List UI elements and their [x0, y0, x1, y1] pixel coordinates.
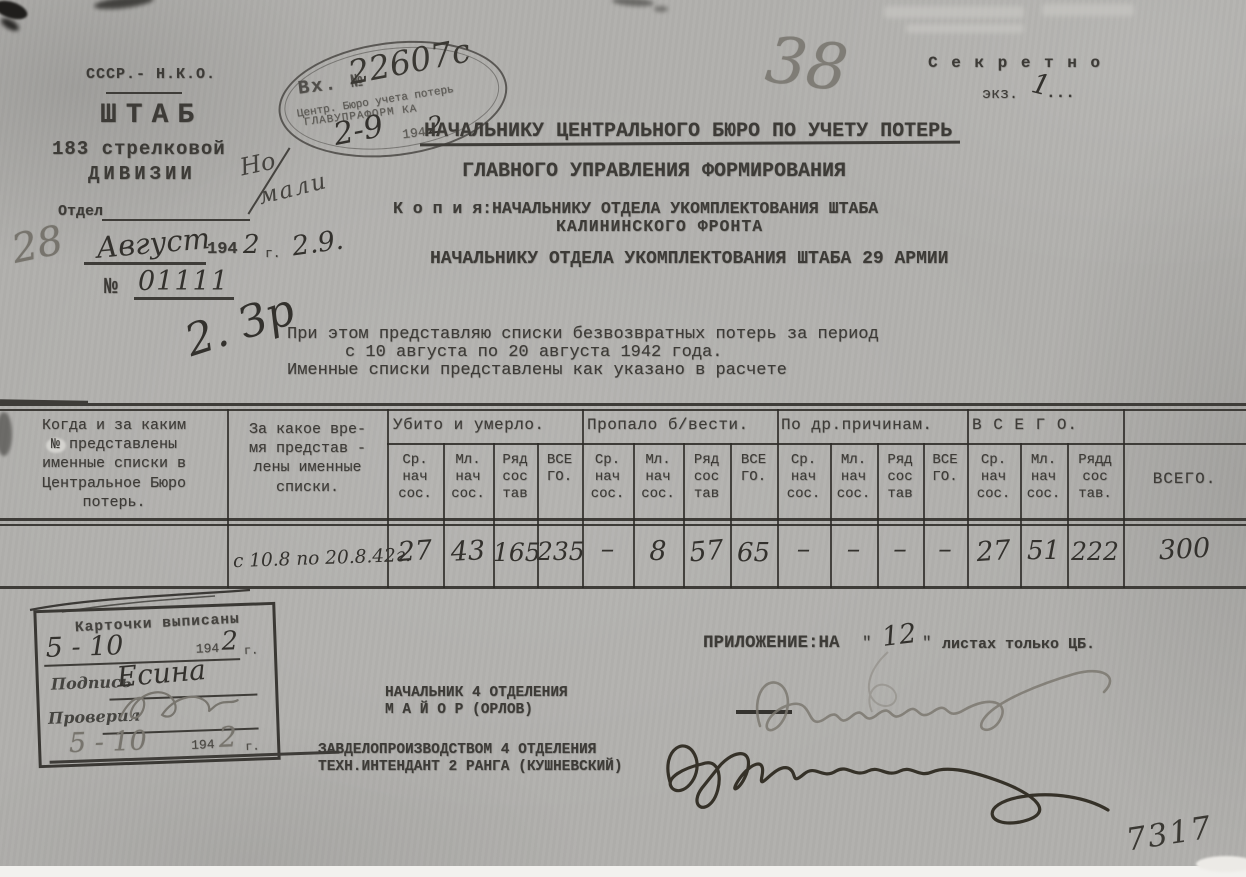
- otdel-label: Отдел: [58, 203, 103, 220]
- row-value: –: [923, 534, 967, 565]
- clerk-title-line1: ЗАВДЕЛОПРОИЗВОДСТВОМ 4 ОТДЕЛЕНИЯ: [318, 742, 596, 758]
- incoming-stamp: Вх. № 22607с Центр. Бюро учета потерь ГЛ…: [272, 28, 516, 171]
- cards-year2-suffix: г.: [245, 739, 260, 753]
- year-suffix: г.: [265, 246, 281, 261]
- subcol-junior: Мл. нач сос.: [1020, 452, 1067, 503]
- row-value: 235: [537, 537, 582, 566]
- address-to-line2: ГЛАВНОГО УПРАВЛЕНИЯ ФОРМИРОВАНИЯ: [462, 160, 846, 183]
- copy-dots: ...: [1046, 84, 1075, 102]
- clerk-title-line2: ТЕХН.ИНТЕНДАНТ 2 РАНГА (КУШНЕВСКИЙ): [318, 759, 623, 775]
- scan-edge-strip: [0, 866, 1246, 877]
- otdel-line: [102, 219, 250, 221]
- body-line3: Именные списки представлены как указано …: [287, 361, 787, 380]
- subcol-rank: Ряд сос тав: [493, 452, 537, 503]
- row-value: –: [830, 534, 877, 565]
- group-header-killed: Убито и умерло.: [393, 416, 545, 434]
- row-value: 65: [730, 538, 777, 568]
- address-copy-line1: К о п и я:НАЧАЛЬНИКУ ОТДЕЛА УКОМПЛЕКТОВА…: [393, 199, 878, 218]
- subcol-sum: ВСЕ ГО.: [730, 452, 777, 486]
- stamp-year-printed: 194: [401, 124, 426, 142]
- kushnevsky-signature: [640, 718, 1130, 838]
- subcol-senior: Ср. нач сос.: [582, 452, 633, 503]
- cards-issued-stamp: Карточки выписаны 5 - 10 194 2 г. Подпис…: [33, 602, 280, 768]
- cards-year1-suffix: г.: [244, 643, 259, 657]
- group-header-total: В С Е Г О.: [972, 416, 1078, 434]
- row-value: 27: [966, 534, 1021, 569]
- address-copy-line2: КАЛИНИНСКОГО ФРОНТА: [556, 217, 763, 236]
- subcol-sum: ВСЕ ГО.: [923, 452, 967, 486]
- edge-smudge: [94, 0, 155, 12]
- table-top-rule-1: [0, 403, 1246, 406]
- cards-year2-digit: 2: [218, 720, 237, 754]
- subcol-sum: ВСЕ ГО.: [537, 452, 582, 486]
- archive-number: 7317: [1124, 809, 1215, 858]
- cards-date1: 5 - 10: [45, 630, 124, 664]
- table-header-rule-1: [0, 518, 1246, 521]
- row-value: –: [777, 534, 830, 565]
- chief-title-line2: М А Й О Р (ОРЛОВ): [385, 702, 533, 718]
- number-line: [134, 297, 234, 300]
- row-value: –: [582, 534, 633, 565]
- cards-date2: 5 - 10: [68, 725, 147, 759]
- row-value-grand-total: 300: [1122, 531, 1246, 568]
- row-value: 43: [442, 535, 494, 569]
- subcol-junior: Мл. нач сос.: [443, 452, 493, 503]
- col-header-when: Когда и за каким № представлены именные …: [4, 416, 224, 512]
- edge-smudge: [654, 6, 668, 12]
- table-top-rule-2: [0, 409, 1246, 411]
- row-value: 51: [1020, 536, 1067, 566]
- row-period: с 10.8 по 20.8.42г.: [233, 545, 412, 572]
- subcol-rank: Ряд сос тав: [877, 452, 923, 503]
- bleed-through-mark: [884, 6, 1024, 18]
- handwritten-year-digit: 2: [243, 230, 260, 260]
- edge-smudge: [612, 0, 654, 7]
- letterhead-rule: [106, 92, 182, 94]
- table-vline: [227, 409, 229, 588]
- table-header-rule-2: [0, 524, 1246, 526]
- row-value: 57: [682, 534, 732, 569]
- handwritten-page-number: 38: [762, 23, 852, 106]
- body-line2: с 10 августа по 20 августа 1942 года.: [345, 343, 722, 362]
- address-to-line3: НАЧАЛЬНИКУ ОТДЕЛА УКОМПЛЕКТОВАНИЯ ШТАБА …: [430, 249, 948, 269]
- letterhead-division-1: 183 стрелковой: [52, 138, 226, 160]
- address-to-line1: НАЧАЛЬНИКУ ЦЕНТРАЛЬНОГО БЮРО ПО УЧЕТУ ПО…: [424, 120, 952, 143]
- col-header-grand-total: ВСЕГО.: [1123, 470, 1246, 488]
- subcol-junior: Мл. нач сос.: [633, 452, 683, 503]
- handwritten-month: Август: [95, 221, 212, 265]
- letterhead-staff: ШТАБ: [100, 100, 203, 131]
- date-line: [84, 262, 206, 265]
- bleed-through-mark: [906, 24, 1024, 33]
- body-line1: При этом представляю списки безвозвратны…: [287, 325, 879, 344]
- subcol-rank: Ряд сос тав: [683, 452, 730, 503]
- row-value: 8: [633, 536, 683, 567]
- row-value: –: [877, 534, 923, 565]
- number-label: №: [104, 274, 118, 300]
- subcol-senior: Ср. нач сос.: [967, 452, 1020, 503]
- row-value: 222: [1067, 537, 1123, 566]
- year-printed: 194: [207, 240, 238, 259]
- row-value: 165: [493, 538, 537, 567]
- subcol-senior: Ср. нач сос.: [777, 452, 830, 503]
- chief-title-line1: НАЧАЛЬНИК 4 ОТДЕЛЕНИЯ: [385, 685, 568, 701]
- cards-year2-printed: 194: [191, 737, 215, 753]
- handwritten-doc-number: 01111: [138, 266, 229, 297]
- subcol-senior: Ср. нач сос.: [387, 452, 443, 503]
- table-group-rule: [387, 443, 1246, 445]
- handwritten-margin-date: 2.9.: [290, 225, 345, 263]
- group-header-other: По др.причинам.: [781, 416, 933, 434]
- cards-year1-digit: 2: [221, 626, 239, 657]
- copy-label: экз.: [982, 86, 1018, 103]
- group-header-missing: Пропало б/вести.: [587, 416, 749, 434]
- secrecy-label: С е к р е т н о: [928, 54, 1102, 72]
- letterhead-org: СССР.- Н.К.О.: [86, 66, 216, 83]
- col-header-period: За какое вре- мя представ - лены именные…: [230, 420, 385, 497]
- letterhead-division-2: ДИВИЗИИ: [88, 163, 196, 185]
- subcol-junior: Мл. нач сос.: [830, 452, 877, 503]
- row-value: 27: [386, 534, 444, 569]
- handwritten-day: 28: [8, 217, 67, 273]
- subcol-rank-total: Рядд сос тав.: [1067, 452, 1123, 503]
- bleed-through-mark: [1042, 4, 1134, 16]
- document-scan: СССР.- Н.К.О. ШТАБ 183 стрелковой ДИВИЗИ…: [0, 0, 1246, 877]
